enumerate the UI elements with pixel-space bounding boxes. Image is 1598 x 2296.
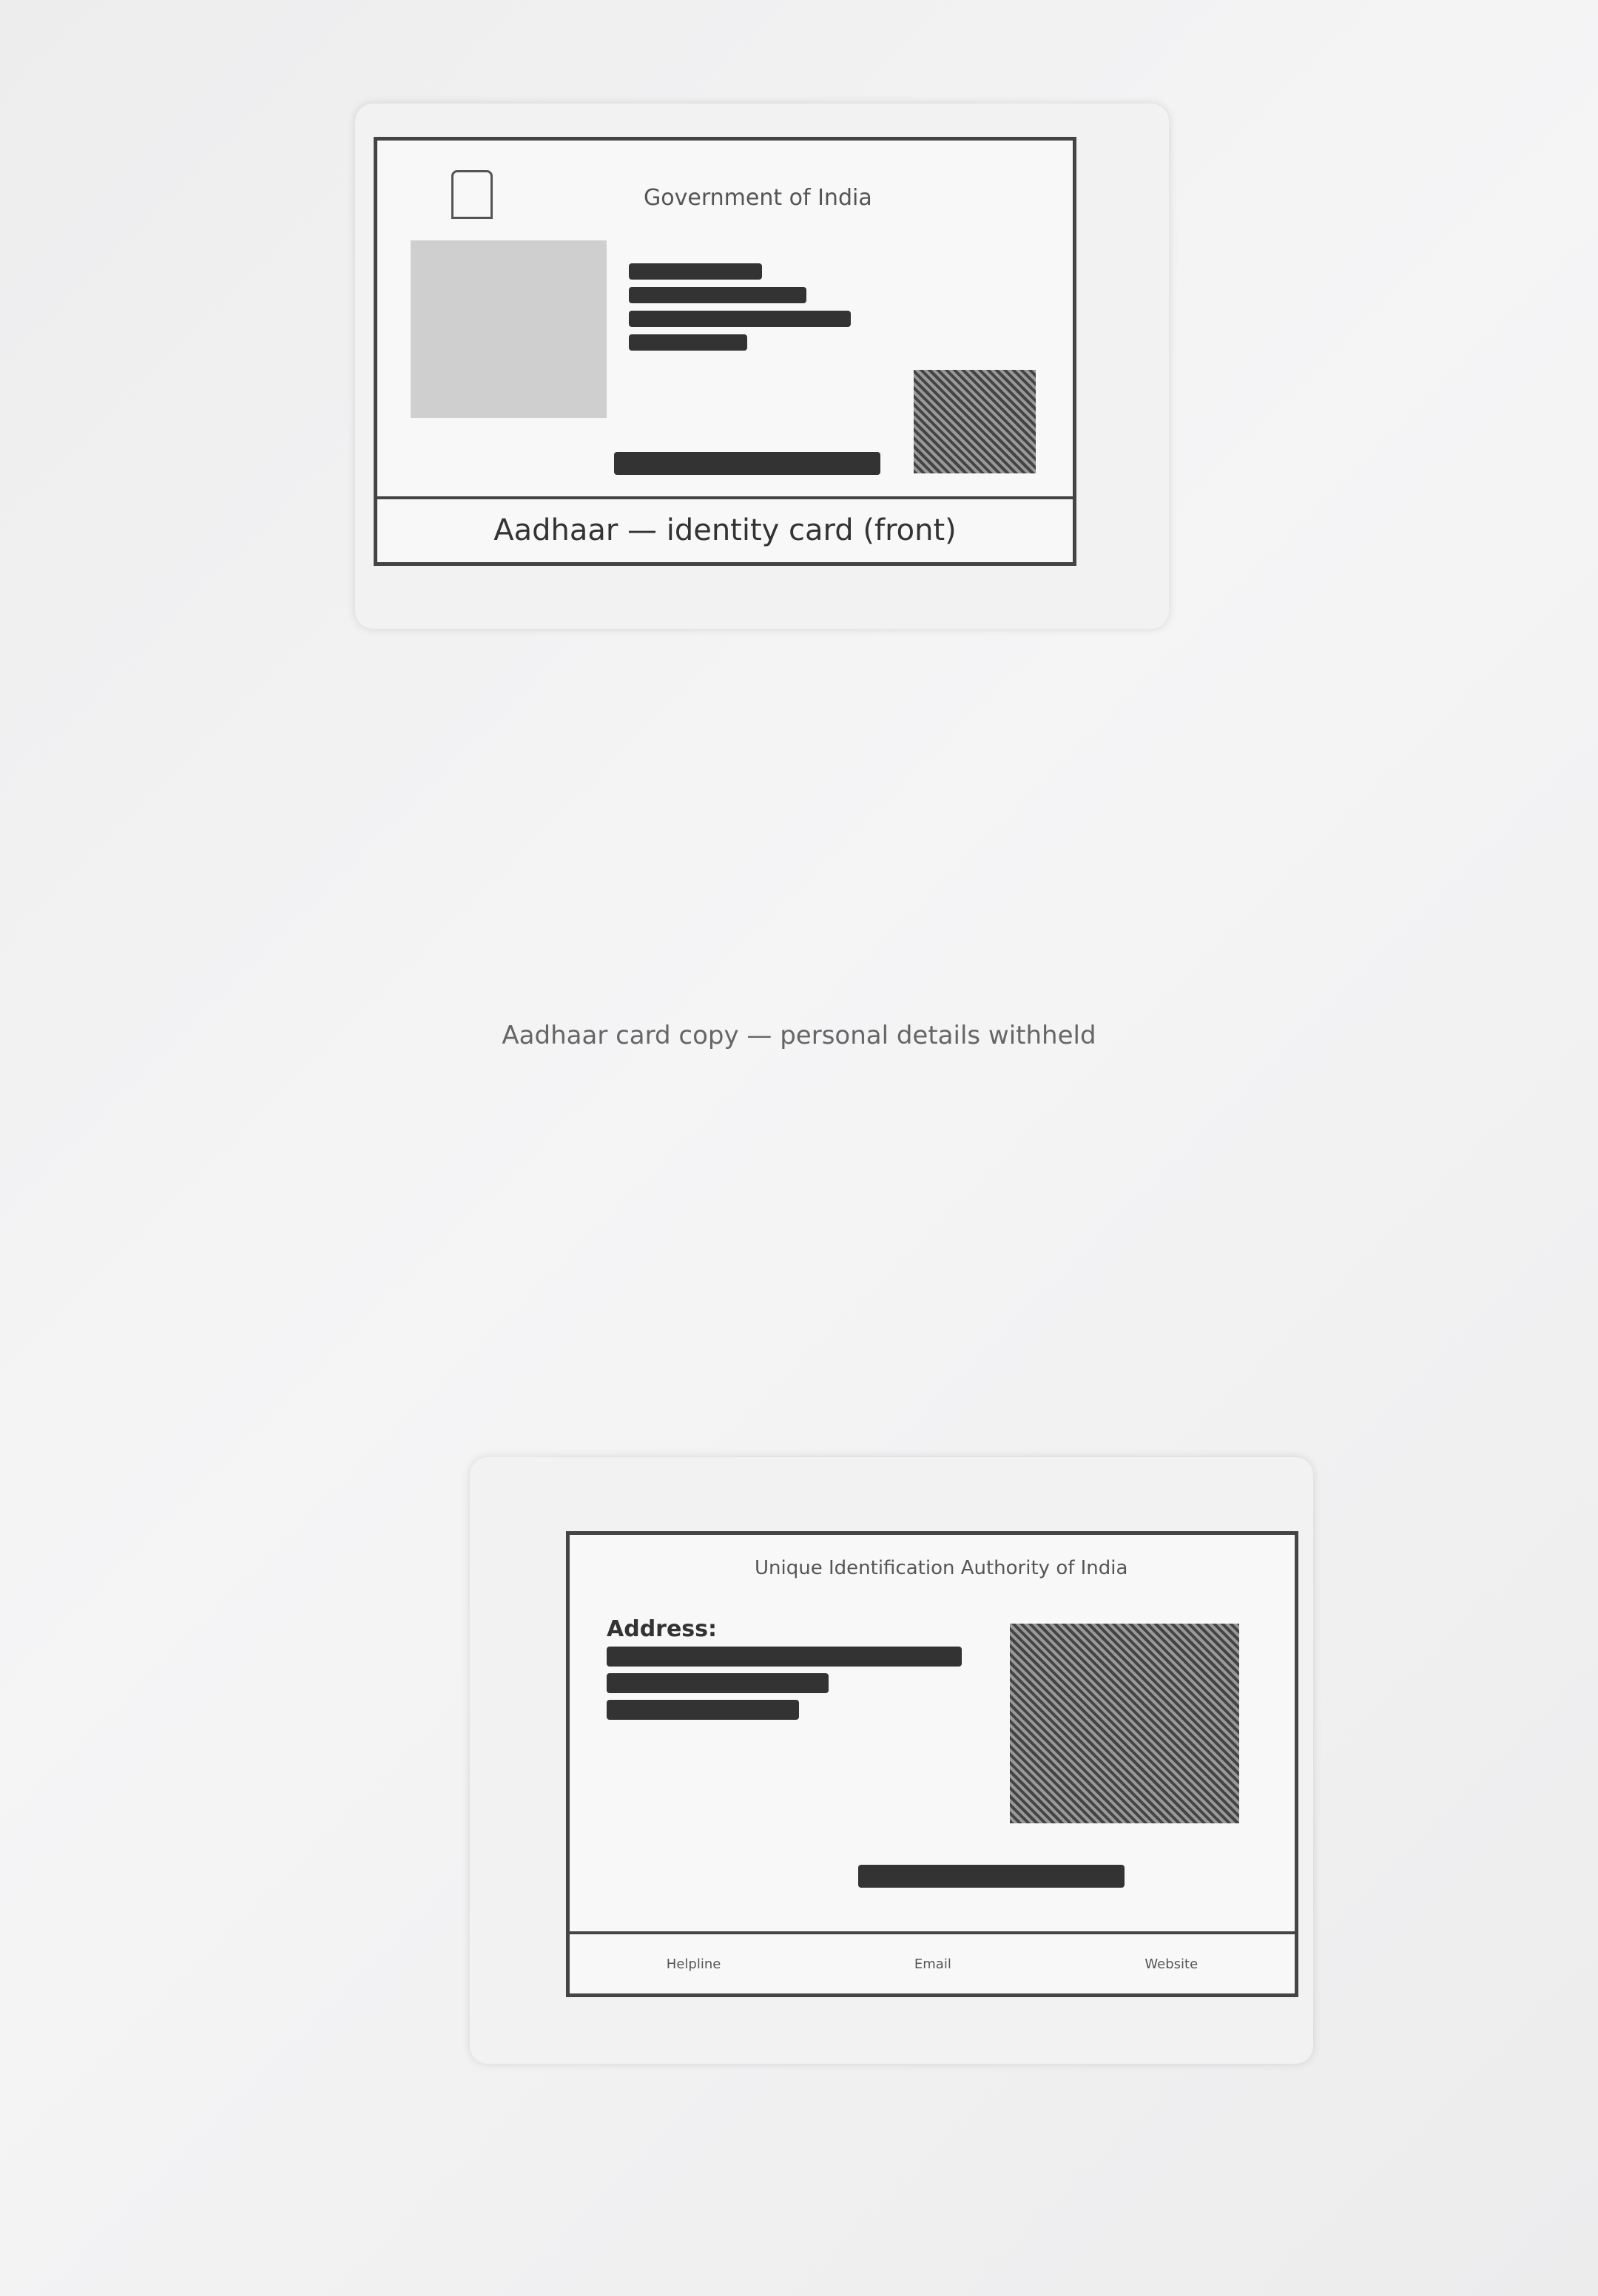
id-number-redacted: [806, 1860, 1176, 1890]
card-tagline: Aadhaar — identity card (front): [377, 496, 1073, 562]
national-emblem-icon: [451, 170, 493, 219]
holder-photo-placeholder: [411, 240, 607, 418]
redaction-notice: Aadhaar card copy — personal details wit…: [0, 1021, 1598, 1050]
personal-details-redacted: [629, 259, 851, 354]
card-footer: Helpline Email Website: [570, 1931, 1295, 1993]
uidai-title: Unique Identification Authority of India: [755, 1557, 1127, 1579]
address-label: Address:: [607, 1616, 717, 1642]
id-number-redacted: [562, 448, 932, 477]
aadhaar-card-front: Government of India Aadhaar — identity c…: [374, 137, 1076, 566]
government-title: Government of India: [644, 185, 872, 211]
web-icon: Website: [1144, 1956, 1198, 1972]
aadhaar-card-back: Unique Identification Authority of India…: [566, 1531, 1298, 1997]
mail-icon: Email: [914, 1956, 951, 1972]
address-block: Address:: [607, 1616, 991, 1723]
phone-icon: Helpline: [667, 1956, 721, 1972]
qr-code: [1010, 1624, 1239, 1823]
